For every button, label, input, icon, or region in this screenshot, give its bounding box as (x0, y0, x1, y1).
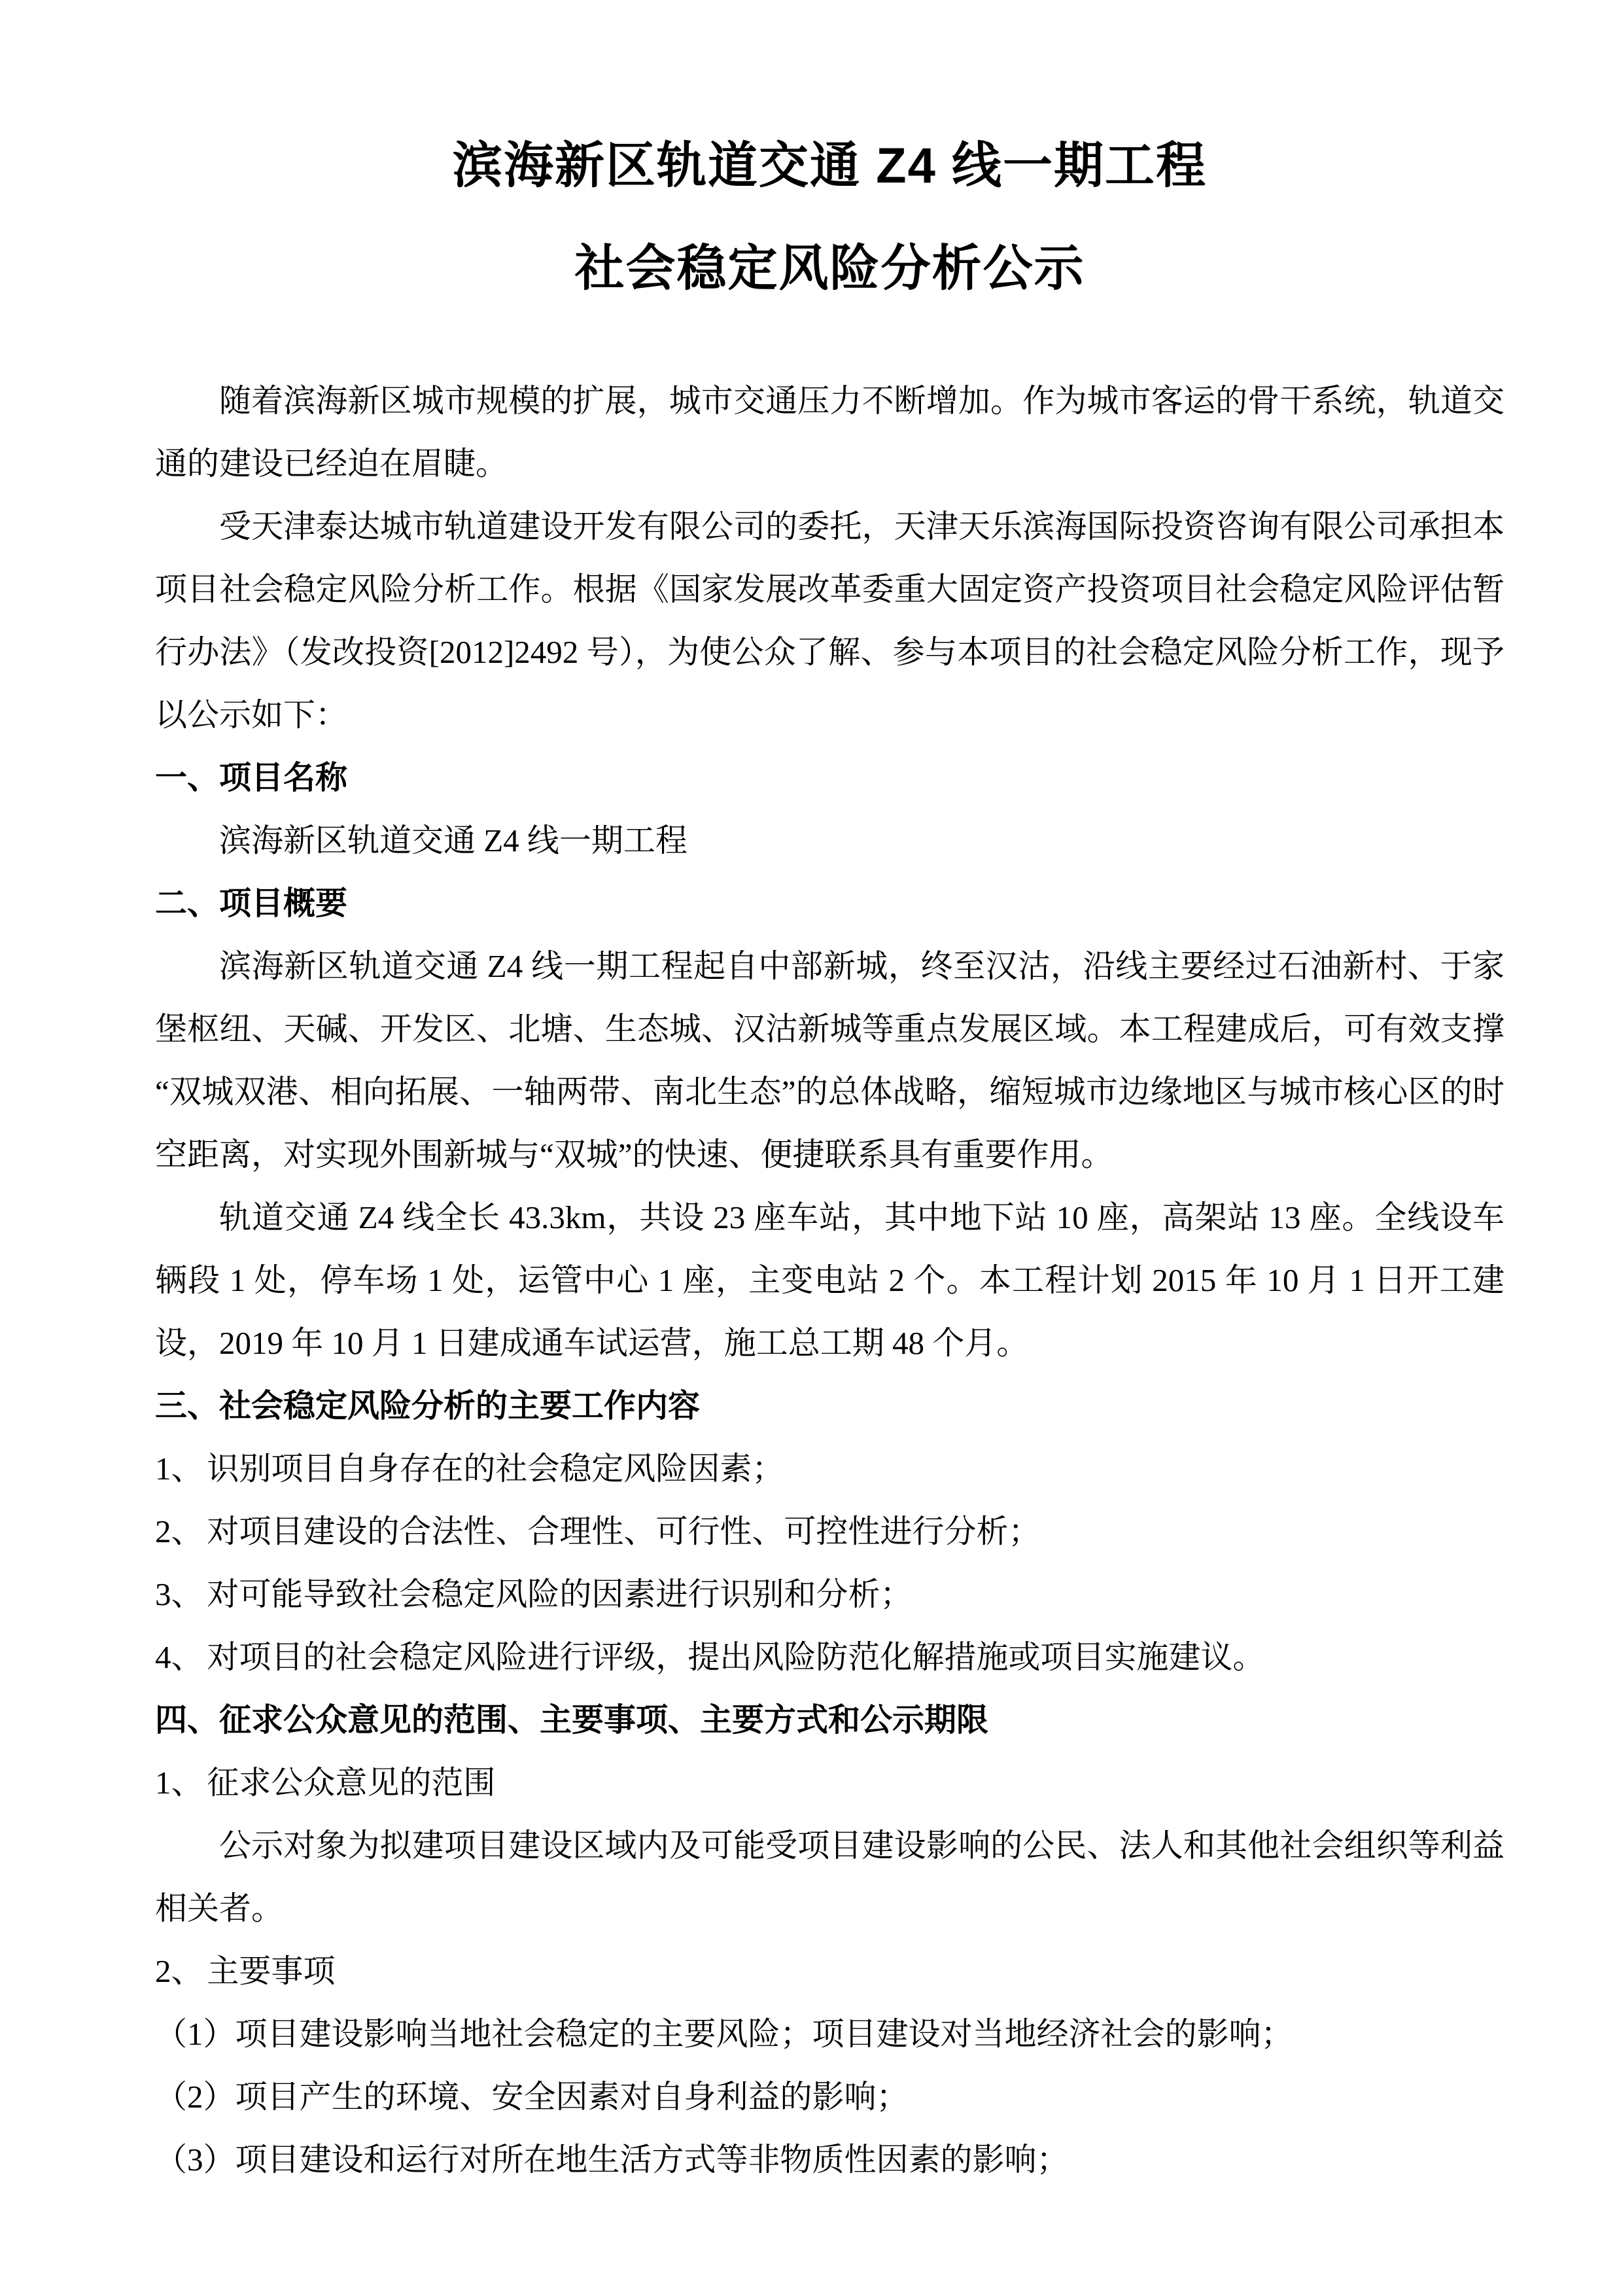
section-heading: 四、征求公众意见的范围、主要事项、主要方式和公示期限 (155, 1689, 1505, 1752)
item-number: 1、 (155, 1451, 203, 1487)
item-text: 项目建设影响当地社会稳定的主要风险；项目建设对当地经济社会的影响； (235, 2016, 1293, 2052)
section-heading: 一、项目名称 (155, 747, 1505, 809)
item-text: 项目建设和运行对所在地生活方式等非物质性因素的影响； (235, 2142, 1069, 2178)
paragraph: 滨海新区轨道交通 Z4 线一期工程 (155, 809, 1505, 872)
sub-numbered-item: （3）项目建设和运行对所在地生活方式等非物质性因素的影响； (155, 2128, 1505, 2191)
document-title: 滨海新区轨道交通 Z4 线一期工程 社会稳定风险分析公示 (155, 115, 1505, 320)
numbered-item: 4、对项目的社会稳定风险进行评级，提出风险防范化解措施或项目实施建议。 (155, 1626, 1505, 1689)
document-page: 滨海新区轨道交通 Z4 线一期工程 社会稳定风险分析公示 随着滨海新区城市规模的… (0, 0, 1619, 2296)
numbered-item: 1、征求公众意见的范围 (155, 1752, 1505, 1814)
item-text: 征求公众意见的范围 (207, 1765, 495, 1801)
sub-numbered-item: （1）项目建设影响当地社会稳定的主要风险；项目建设对当地经济社会的影响； (155, 2003, 1505, 2066)
section-heading: 二、项目概要 (155, 872, 1505, 935)
item-number: 1、 (155, 1765, 203, 1801)
document-title-line2: 社会稳定风险分析公示 (155, 217, 1505, 320)
numbered-item: 1、识别项目自身存在的社会稳定风险因素； (155, 1438, 1505, 1500)
item-text: 识别项目自身存在的社会稳定风险因素； (207, 1451, 784, 1487)
item-text: 项目产生的环境、安全因素对自身利益的影响； (235, 2079, 909, 2115)
paragraph: 受天津泰达城市轨道建设开发有限公司的委托，天津天乐滨海国际投资咨询有限公司承担本… (155, 495, 1505, 747)
sub-numbered-item: （2）项目产生的环境、安全因素对自身利益的影响； (155, 2066, 1505, 2128)
numbered-item: 2、对项目建设的合法性、合理性、可行性、可控性进行分析； (155, 1500, 1505, 1563)
item-text: 主要事项 (207, 1953, 335, 1989)
item-number: （2） (155, 2079, 235, 2115)
paragraph: 轨道交通 Z4 线全长 43.3km，共设 23 座车站，其中地下站 10 座，… (155, 1186, 1505, 1375)
item-number: 2、 (155, 1953, 203, 1989)
document-body: 随着滨海新区城市规模的扩展，城市交通压力不断增加。作为城市客运的骨干系统，轨道交… (155, 370, 1505, 2191)
item-number: （1） (155, 2016, 235, 2052)
paragraph: 随着滨海新区城市规模的扩展，城市交通压力不断增加。作为城市客运的骨干系统，轨道交… (155, 370, 1505, 495)
item-text: 对可能导致社会稳定风险的因素进行识别和分析； (207, 1576, 912, 1612)
item-number: （3） (155, 2142, 235, 2178)
numbered-item: 2、主要事项 (155, 1940, 1505, 2003)
document-title-line1: 滨海新区轨道交通 Z4 线一期工程 (155, 115, 1505, 217)
item-number: 2、 (155, 1513, 203, 1549)
section-heading: 三、社会稳定风险分析的主要工作内容 (155, 1375, 1505, 1438)
item-text: 对项目建设的合法性、合理性、可行性、可控性进行分析； (207, 1513, 1040, 1549)
item-number: 4、 (155, 1639, 203, 1675)
paragraph: 滨海新区轨道交通 Z4 线一期工程起自中部新城，终至汉沽，沿线主要经过石油新村、… (155, 935, 1505, 1186)
item-number: 3、 (155, 1576, 203, 1612)
paragraph: 公示对象为拟建项目建设区域内及可能受项目建设影响的公民、法人和其他社会组织等利益… (155, 1814, 1505, 1940)
numbered-item: 3、对可能导致社会稳定风险的因素进行识别和分析； (155, 1563, 1505, 1626)
item-text: 对项目的社会稳定风险进行评级，提出风险防范化解措施或项目实施建议。 (207, 1639, 1264, 1675)
